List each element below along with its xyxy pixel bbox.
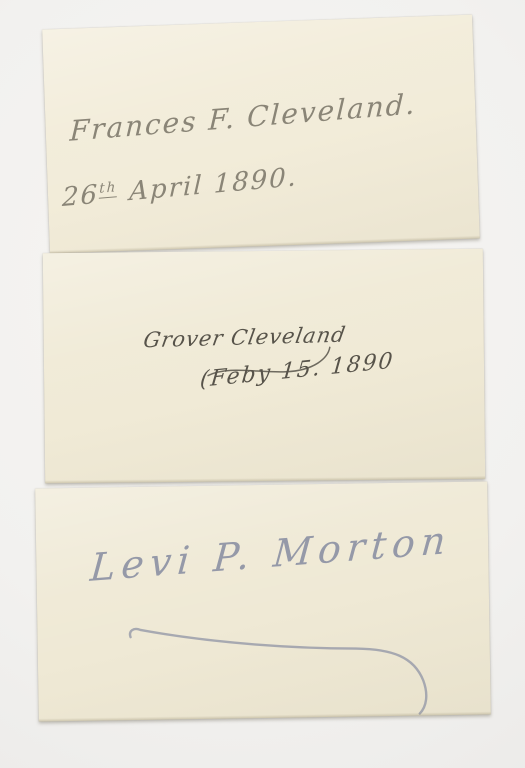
signature-flourish-icon — [202, 344, 336, 383]
autograph-card-grover-cleveland: Grover Cleveland (Feby 15. 1890 — [43, 249, 485, 484]
date-ordinal-suffix: th — [99, 179, 118, 199]
signature-frances-cleveland: Frances F. Cleveland. — [69, 87, 417, 148]
date-month-year: April 1890. — [119, 162, 299, 208]
autograph-card-frances-cleveland: Frances F. Cleveland. 26th April 1890. — [42, 15, 480, 254]
signature-grover-cleveland: Grover Cleveland — [142, 323, 348, 353]
signature-levi-morton: Levi P. Morton — [89, 518, 454, 590]
date-day: 26 — [62, 180, 100, 213]
autograph-card-levi-morton: Levi P. Morton — [35, 481, 491, 721]
signature-flourish-icon — [125, 620, 445, 723]
date-grover-cleveland: (Feby 15. 1890 — [199, 348, 396, 392]
photograph-background: Frances F. Cleveland. 26th April 1890. G… — [0, 0, 525, 768]
date-frances-cleveland: 26th April 1890. — [62, 162, 299, 213]
